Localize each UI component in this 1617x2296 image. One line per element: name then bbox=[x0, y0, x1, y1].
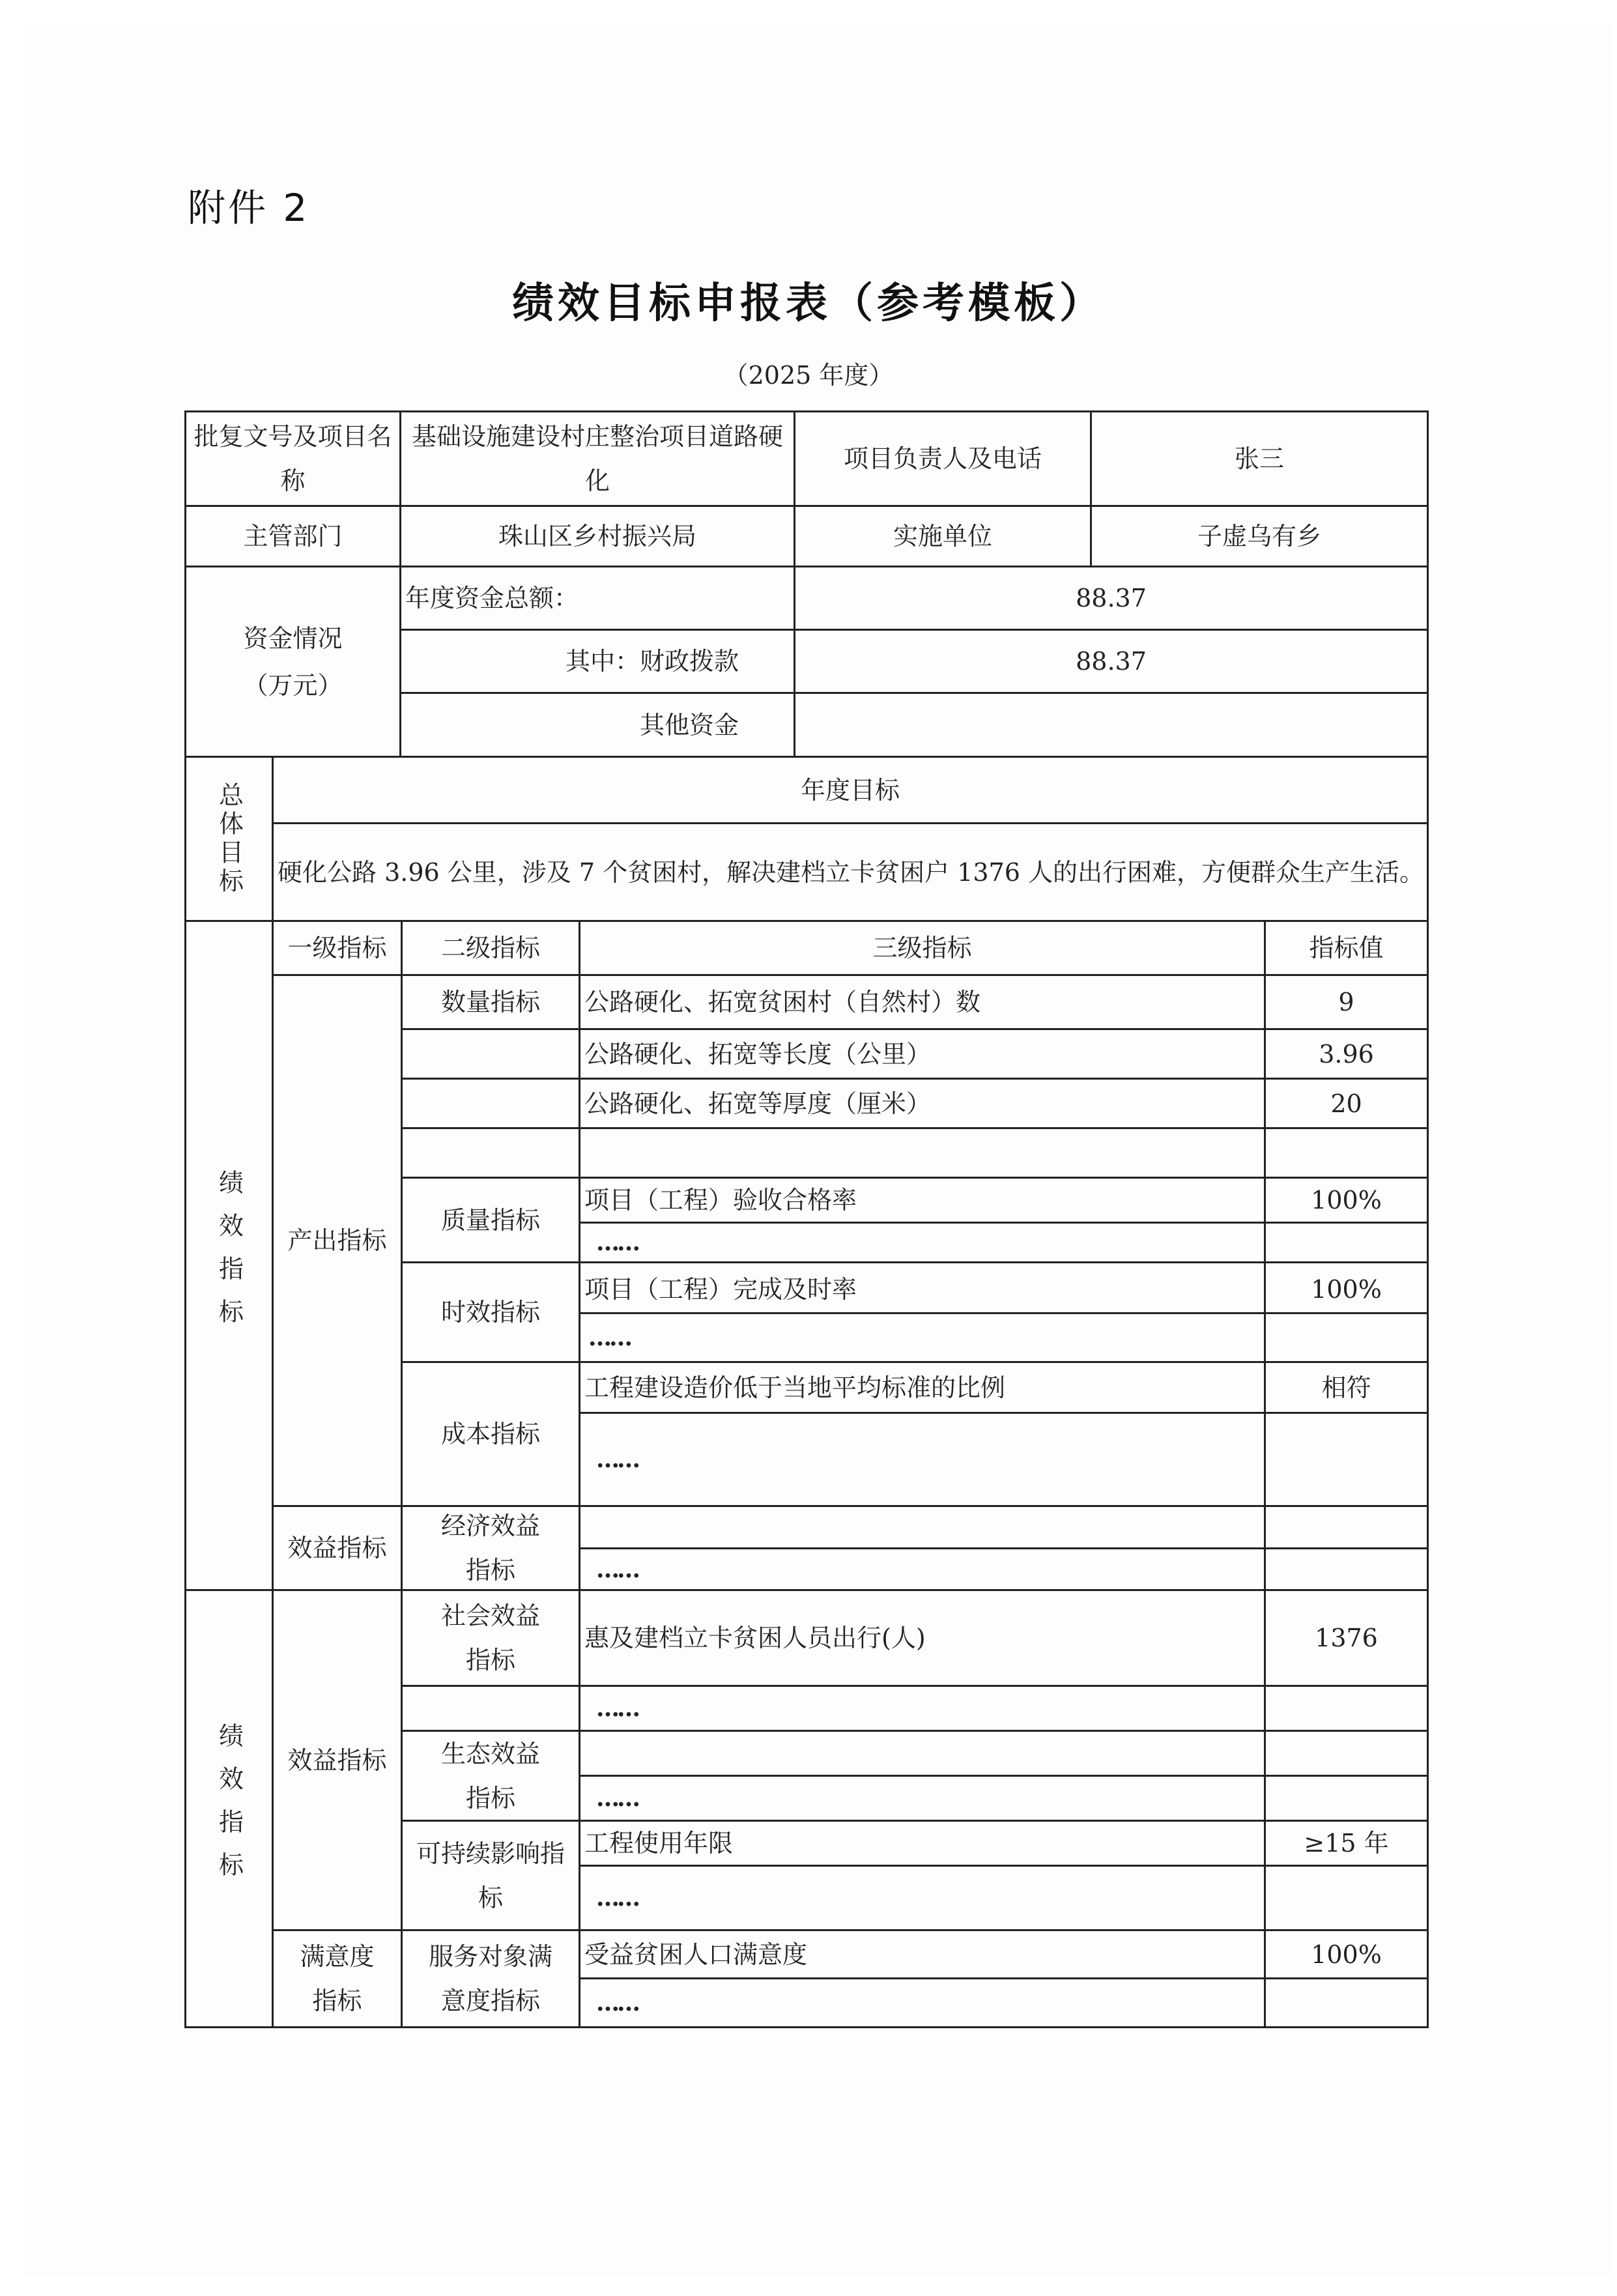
level3-row-17: …… bbox=[579, 1865, 1266, 1931]
level3-text: 公路硬化、拓宽贫困村（自然村）数 bbox=[584, 980, 980, 1024]
indicator-value: 相符 bbox=[1321, 1366, 1371, 1410]
level3-row-19: …… bbox=[579, 1977, 1266, 2028]
value-row-9 bbox=[1264, 1412, 1429, 1507]
level2-cost: 成本指标 bbox=[441, 1412, 540, 1456]
header-level1: 一级指标 bbox=[272, 920, 403, 976]
level2-empty-4 bbox=[401, 1685, 580, 1732]
level3-text: 项目（工程）完成及时率 bbox=[584, 1263, 857, 1312]
value-row-14 bbox=[1264, 1730, 1429, 1777]
attachment-label: 附件 2 bbox=[188, 177, 309, 232]
value-row-3 bbox=[1264, 1127, 1429, 1179]
funds-label-cell: 资金情况 （万元） bbox=[184, 566, 401, 758]
level1-satisfaction-cell: 满意度指标 bbox=[272, 1929, 403, 2028]
level2-quantity-cell: 数量指标 bbox=[401, 974, 580, 1030]
unit-label-cell: 实施单位 bbox=[794, 505, 1092, 567]
header-value-text: 指标值 bbox=[1309, 926, 1383, 970]
unit-label: 实施单位 bbox=[893, 514, 992, 558]
level3-text: 公路硬化、拓宽等厚度（厘米） bbox=[584, 1082, 931, 1126]
level1-benefit-1: 效益指标 bbox=[287, 1526, 386, 1570]
value-row-13 bbox=[1264, 1685, 1429, 1732]
owner-value-cell: 张三 bbox=[1090, 410, 1429, 507]
level3-text: 工程使用年限 bbox=[584, 1821, 733, 1865]
level3-row-1: 公路硬化、拓宽等长度（公里） bbox=[579, 1028, 1266, 1080]
funds-total-value: 88.37 bbox=[1076, 576, 1147, 620]
level3-row-8: 工程建设造价低于当地平均标准的比例 bbox=[579, 1361, 1266, 1414]
header-level2-text: 二级指标 bbox=[441, 926, 540, 970]
level2-cost-cell: 成本指标 bbox=[401, 1361, 580, 1507]
level2-social: 社会效益指标 bbox=[432, 1594, 549, 1682]
level3-row-4: 项目（工程）验收合格率 bbox=[579, 1177, 1266, 1224]
level3-row-11: …… bbox=[579, 1547, 1266, 1591]
funds-other-label: 其他资金 bbox=[640, 703, 739, 747]
level3-text: 惠及建档立卡贫困人员出行(人) bbox=[584, 1616, 926, 1660]
unit-value-cell: 子虚乌有乡 bbox=[1090, 505, 1429, 567]
level2-economic: 经济效益指标 bbox=[432, 1504, 549, 1592]
level3-row-2: 公路硬化、拓宽等厚度（厘米） bbox=[579, 1078, 1266, 1129]
indicator-value: ≥15 年 bbox=[1304, 1821, 1388, 1865]
indicator-value: 100% bbox=[1311, 1932, 1382, 1977]
level2-timeliness-cell: 时效指标 bbox=[401, 1261, 580, 1363]
department-label-cell: 主管部门 bbox=[184, 505, 401, 567]
ellipsis-placeholder: …… bbox=[584, 1686, 638, 1730]
level2-quantity: 数量指标 bbox=[441, 980, 540, 1024]
overall-goal-text-cell: 硬化公路 3.96 公里，涉及 7 个贫困村，解决建档立卡贫困户 1376 人的… bbox=[272, 822, 1429, 922]
level3-row-3 bbox=[579, 1127, 1266, 1179]
project-name-value: 基础设施建设村庄整治项目道路硬化 bbox=[404, 414, 791, 503]
value-row-12: 1376 bbox=[1264, 1589, 1429, 1687]
value-row-19 bbox=[1264, 1977, 1429, 2028]
value-row-11 bbox=[1264, 1547, 1429, 1591]
indicator-value: 3.96 bbox=[1319, 1032, 1374, 1076]
level2-service: 服务对象满意度指标 bbox=[425, 1934, 556, 2023]
owner-label: 项目负责人及电话 bbox=[844, 437, 1042, 481]
overall-goal-text: 硬化公路 3.96 公里，涉及 7 个贫困村，解决建档立卡贫困户 1376 人的… bbox=[278, 850, 1424, 895]
value-row-18: 100% bbox=[1264, 1929, 1429, 1979]
funds-total-label-cell: 年度资金总额： bbox=[399, 566, 795, 631]
header-level3-text: 三级指标 bbox=[872, 926, 971, 970]
overall-goal-side-label: 总体目标 bbox=[217, 782, 242, 897]
level1-benefit-cell-1: 效益指标 bbox=[272, 1505, 403, 1591]
project-name-label: 批复文号及项目名称 bbox=[189, 414, 397, 503]
level3-text: 受益贫困人口满意度 bbox=[584, 1932, 807, 1977]
overall-goal-header: 年度目标 bbox=[801, 768, 900, 812]
value-row-16: ≥15 年 bbox=[1264, 1820, 1429, 1867]
level3-text: 工程建设造价低于当地平均标准的比例 bbox=[584, 1366, 1005, 1410]
page-title: 绩效目标申报表（参考模板） bbox=[0, 270, 1617, 330]
level2-service-cell: 服务对象满意度指标 bbox=[401, 1929, 580, 2028]
level3-row-16: 工程使用年限 bbox=[579, 1820, 1266, 1867]
value-row-1: 3.96 bbox=[1264, 1028, 1429, 1080]
level3-row-15: …… bbox=[579, 1775, 1266, 1822]
owner-value: 张三 bbox=[1235, 437, 1284, 481]
owner-label-cell: 项目负责人及电话 bbox=[794, 410, 1092, 507]
ellipsis-placeholder: …… bbox=[584, 1220, 638, 1265]
level1-benefit-2: 效益指标 bbox=[287, 1738, 386, 1783]
level3-text: 公路硬化、拓宽等长度（公里） bbox=[584, 1032, 931, 1076]
level2-empty-1 bbox=[401, 1028, 580, 1080]
department-value-cell: 珠山区乡村振兴局 bbox=[399, 505, 795, 567]
department-label: 主管部门 bbox=[243, 514, 342, 558]
value-row-6: 100% bbox=[1264, 1261, 1429, 1314]
value-row-8: 相符 bbox=[1264, 1361, 1429, 1414]
level2-economic-cell: 经济效益指标 bbox=[401, 1505, 580, 1591]
value-row-17 bbox=[1264, 1865, 1429, 1931]
level3-row-9: …… bbox=[579, 1412, 1266, 1507]
indicators-side-cell-1: 绩效指标 bbox=[184, 920, 274, 1591]
level3-text: 项目（工程）验收合格率 bbox=[584, 1178, 857, 1222]
overall-goal-header-cell: 年度目标 bbox=[272, 756, 1429, 824]
value-row-4: 100% bbox=[1264, 1177, 1429, 1224]
ellipsis-placeholder: …… bbox=[584, 1547, 638, 1592]
ellipsis-placeholder: …… bbox=[584, 1315, 630, 1360]
level3-row-10 bbox=[579, 1505, 1266, 1549]
value-row-5 bbox=[1264, 1222, 1429, 1263]
level2-timeliness: 时效指标 bbox=[441, 1290, 540, 1334]
header-level1-text: 一级指标 bbox=[287, 926, 386, 970]
unit-value: 子虚乌有乡 bbox=[1197, 514, 1321, 558]
indicator-value: 1376 bbox=[1315, 1616, 1378, 1660]
indicators-side-label-1: 绩效指标 bbox=[207, 1170, 251, 1342]
level2-quality: 质量指标 bbox=[441, 1198, 540, 1242]
indicator-value: 100% bbox=[1311, 1178, 1382, 1222]
year-subtitle: （2025 年度） bbox=[0, 355, 1617, 391]
ellipsis-placeholder: …… bbox=[584, 1437, 638, 1482]
level3-row-18: 受益贫困人口满意度 bbox=[579, 1929, 1266, 1979]
level2-quality-cell: 质量指标 bbox=[401, 1177, 580, 1263]
overall-goal-side-cell: 总体目标 bbox=[184, 756, 274, 922]
level3-row-0: 公路硬化、拓宽贫困村（自然村）数 bbox=[579, 974, 1266, 1030]
level2-sustainable-cell: 可持续影响指标 bbox=[401, 1820, 580, 1931]
funds-other-label-cell: 其他资金 bbox=[399, 692, 795, 758]
ellipsis-placeholder: …… bbox=[584, 1981, 638, 2025]
level3-row-6: 项目（工程）完成及时率 bbox=[579, 1261, 1266, 1314]
indicator-value: 20 bbox=[1330, 1082, 1362, 1126]
level1-output: 产出指标 bbox=[287, 1218, 386, 1263]
funds-fiscal-value: 88.37 bbox=[1076, 639, 1147, 683]
funds-label-line2: （万元） bbox=[243, 662, 342, 709]
indicators-side-cell-2: 绩效指标 bbox=[184, 1589, 274, 2028]
funds-fiscal-label-cell: 其中：财政拨款 bbox=[399, 629, 795, 694]
indicators-side-label-2: 绩效指标 bbox=[207, 1723, 251, 1895]
value-row-15 bbox=[1264, 1775, 1429, 1822]
level3-row-14 bbox=[579, 1730, 1266, 1777]
level1-satisfaction: 满意度指标 bbox=[289, 1934, 386, 2023]
header-level2: 二级指标 bbox=[401, 920, 580, 976]
level1-benefit-cell-2: 效益指标 bbox=[272, 1589, 403, 1931]
funds-fiscal-value-cell: 88.37 bbox=[794, 629, 1429, 694]
indicator-value: 100% bbox=[1311, 1263, 1382, 1312]
value-row-2: 20 bbox=[1264, 1078, 1429, 1129]
level2-empty-2 bbox=[401, 1078, 580, 1129]
level2-ecological: 生态效益指标 bbox=[432, 1732, 549, 1820]
project-name-label-cell: 批复文号及项目名称 bbox=[184, 410, 401, 507]
level1-output-cell: 产出指标 bbox=[272, 974, 403, 1507]
level2-sustainable: 可持续影响指标 bbox=[416, 1831, 565, 1920]
ellipsis-placeholder: …… bbox=[584, 1876, 638, 1920]
header-value: 指标值 bbox=[1264, 920, 1429, 976]
level2-social-cell: 社会效益指标 bbox=[401, 1589, 580, 1687]
indicator-value: 9 bbox=[1338, 980, 1354, 1024]
level3-row-13: …… bbox=[579, 1685, 1266, 1732]
ellipsis-placeholder: …… bbox=[584, 1776, 638, 1820]
department-value: 珠山区乡村振兴局 bbox=[498, 514, 696, 558]
header-level3: 三级指标 bbox=[579, 920, 1266, 976]
funds-total-label: 年度资金总额： bbox=[405, 576, 579, 620]
value-row-0: 9 bbox=[1264, 974, 1429, 1030]
project-name-value-cell: 基础设施建设村庄整治项目道路硬化 bbox=[399, 410, 795, 507]
funds-total-value-cell: 88.37 bbox=[794, 566, 1429, 631]
level2-ecological-cell: 生态效益指标 bbox=[401, 1730, 580, 1822]
level3-row-5: …… bbox=[579, 1222, 1266, 1263]
value-row-10 bbox=[1264, 1505, 1429, 1549]
funds-other-value-cell bbox=[794, 692, 1429, 758]
value-row-7 bbox=[1264, 1312, 1429, 1363]
funds-fiscal-label: 其中：财政拨款 bbox=[565, 639, 739, 683]
level3-row-7: …… bbox=[579, 1312, 1266, 1363]
level2-empty-3 bbox=[401, 1127, 580, 1179]
level3-row-12: 惠及建档立卡贫困人员出行(人) bbox=[579, 1589, 1266, 1687]
funds-label-line1: 资金情况 bbox=[243, 615, 342, 662]
